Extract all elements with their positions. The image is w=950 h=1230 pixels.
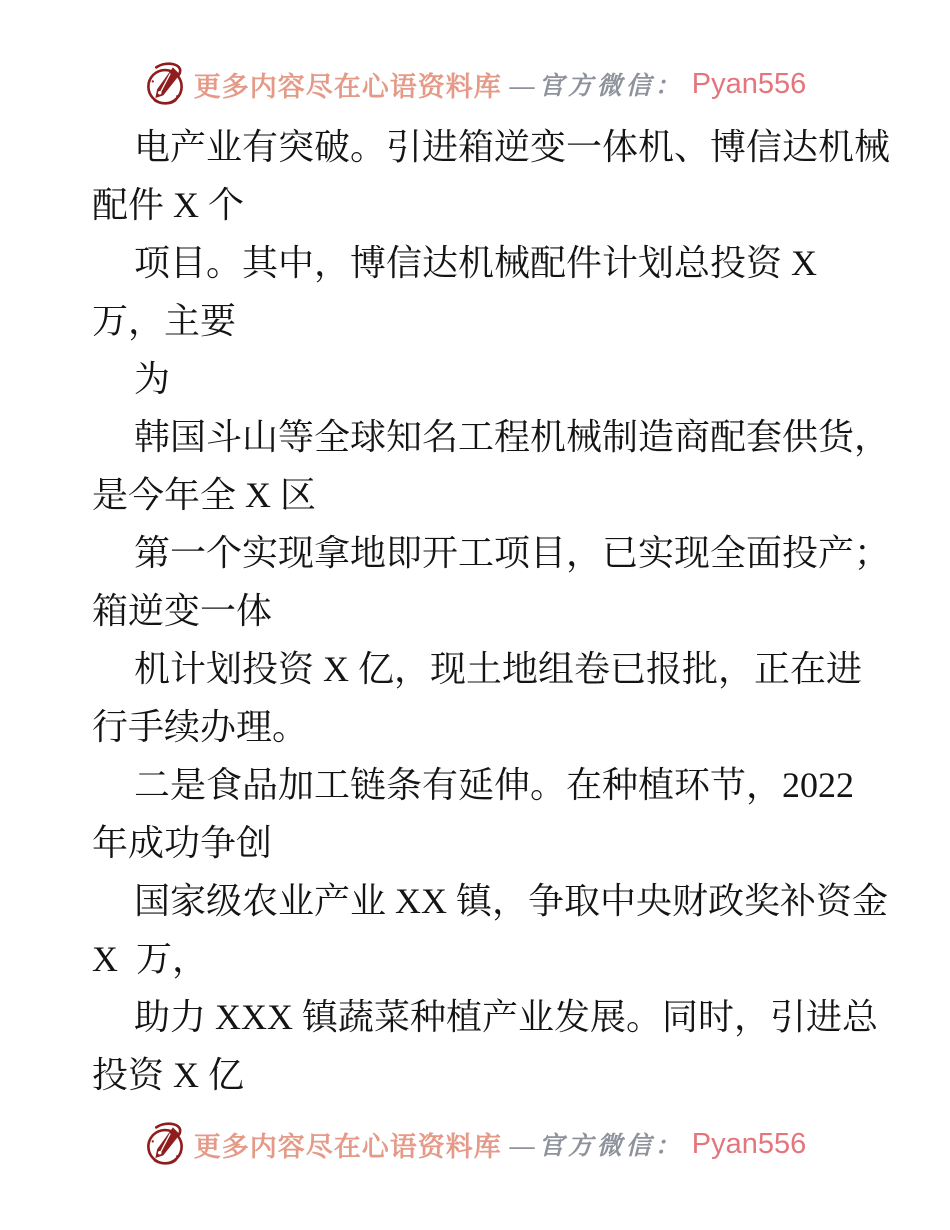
text-line: 配件 X 个 — [92, 176, 862, 234]
text-line: 第一个实现拿地即开工项目，已实现全面投产； — [92, 524, 862, 582]
watermark-wechat-label: —官方微信： — [510, 1126, 684, 1162]
header-watermark: 更多内容尽在心语资料库—官方微信：Pyan556 — [0, 0, 950, 108]
pen-logo-icon — [144, 60, 186, 108]
text-line: 为 — [92, 350, 862, 408]
text-line: 电产业有突破。引进箱逆变一体机、博信达机械 — [92, 118, 862, 176]
pen-logo-icon — [144, 1120, 186, 1168]
text-line: 国家级农业产业 XX 镇，争取中央财政奖补资金 — [92, 872, 862, 930]
text-line: 万，主要 — [92, 292, 862, 350]
text-line: 行手续办理。 — [92, 698, 862, 756]
watermark-wechat-label: —官方微信： — [510, 66, 684, 102]
text-line: 项目。其中，博信达机械配件计划总投资 X — [92, 234, 862, 292]
footer-watermark: 更多内容尽在心语资料库—官方微信：Pyan556 — [0, 1120, 950, 1168]
text-line: X 万， — [92, 930, 862, 988]
document-page: 更多内容尽在心语资料库—官方微信：Pyan556 电产业有突破。引进箱逆变一体机… — [0, 0, 950, 1230]
document-body: 电产业有突破。引进箱逆变一体机、博信达机械 配件 X 个 项目。其中，博信达机械… — [92, 118, 862, 1104]
text-line: 韩国斗山等全球知名工程机械制造商配套供货， — [92, 408, 862, 466]
text-line: 投资 X 亿 — [92, 1046, 862, 1104]
watermark-site-name: 更多内容尽在心语资料库 — [194, 65, 502, 104]
text-line: 年成功争创 — [92, 814, 862, 872]
text-line: 机计划投资 X 亿，现土地组卷已报批，正在进 — [92, 640, 862, 698]
watermark-site-name: 更多内容尽在心语资料库 — [194, 1125, 502, 1164]
text-line: 助力 XXX 镇蔬菜种植产业发展。同时，引进总 — [92, 988, 862, 1046]
watermark-wechat-account: Pyan556 — [692, 1128, 807, 1161]
watermark-wechat-account: Pyan556 — [692, 68, 807, 101]
text-line: 箱逆变一体 — [92, 582, 862, 640]
text-line: 二是食品加工链条有延伸。在种植环节，2022 — [92, 756, 862, 814]
text-line: 是今年全 X 区 — [92, 466, 862, 524]
